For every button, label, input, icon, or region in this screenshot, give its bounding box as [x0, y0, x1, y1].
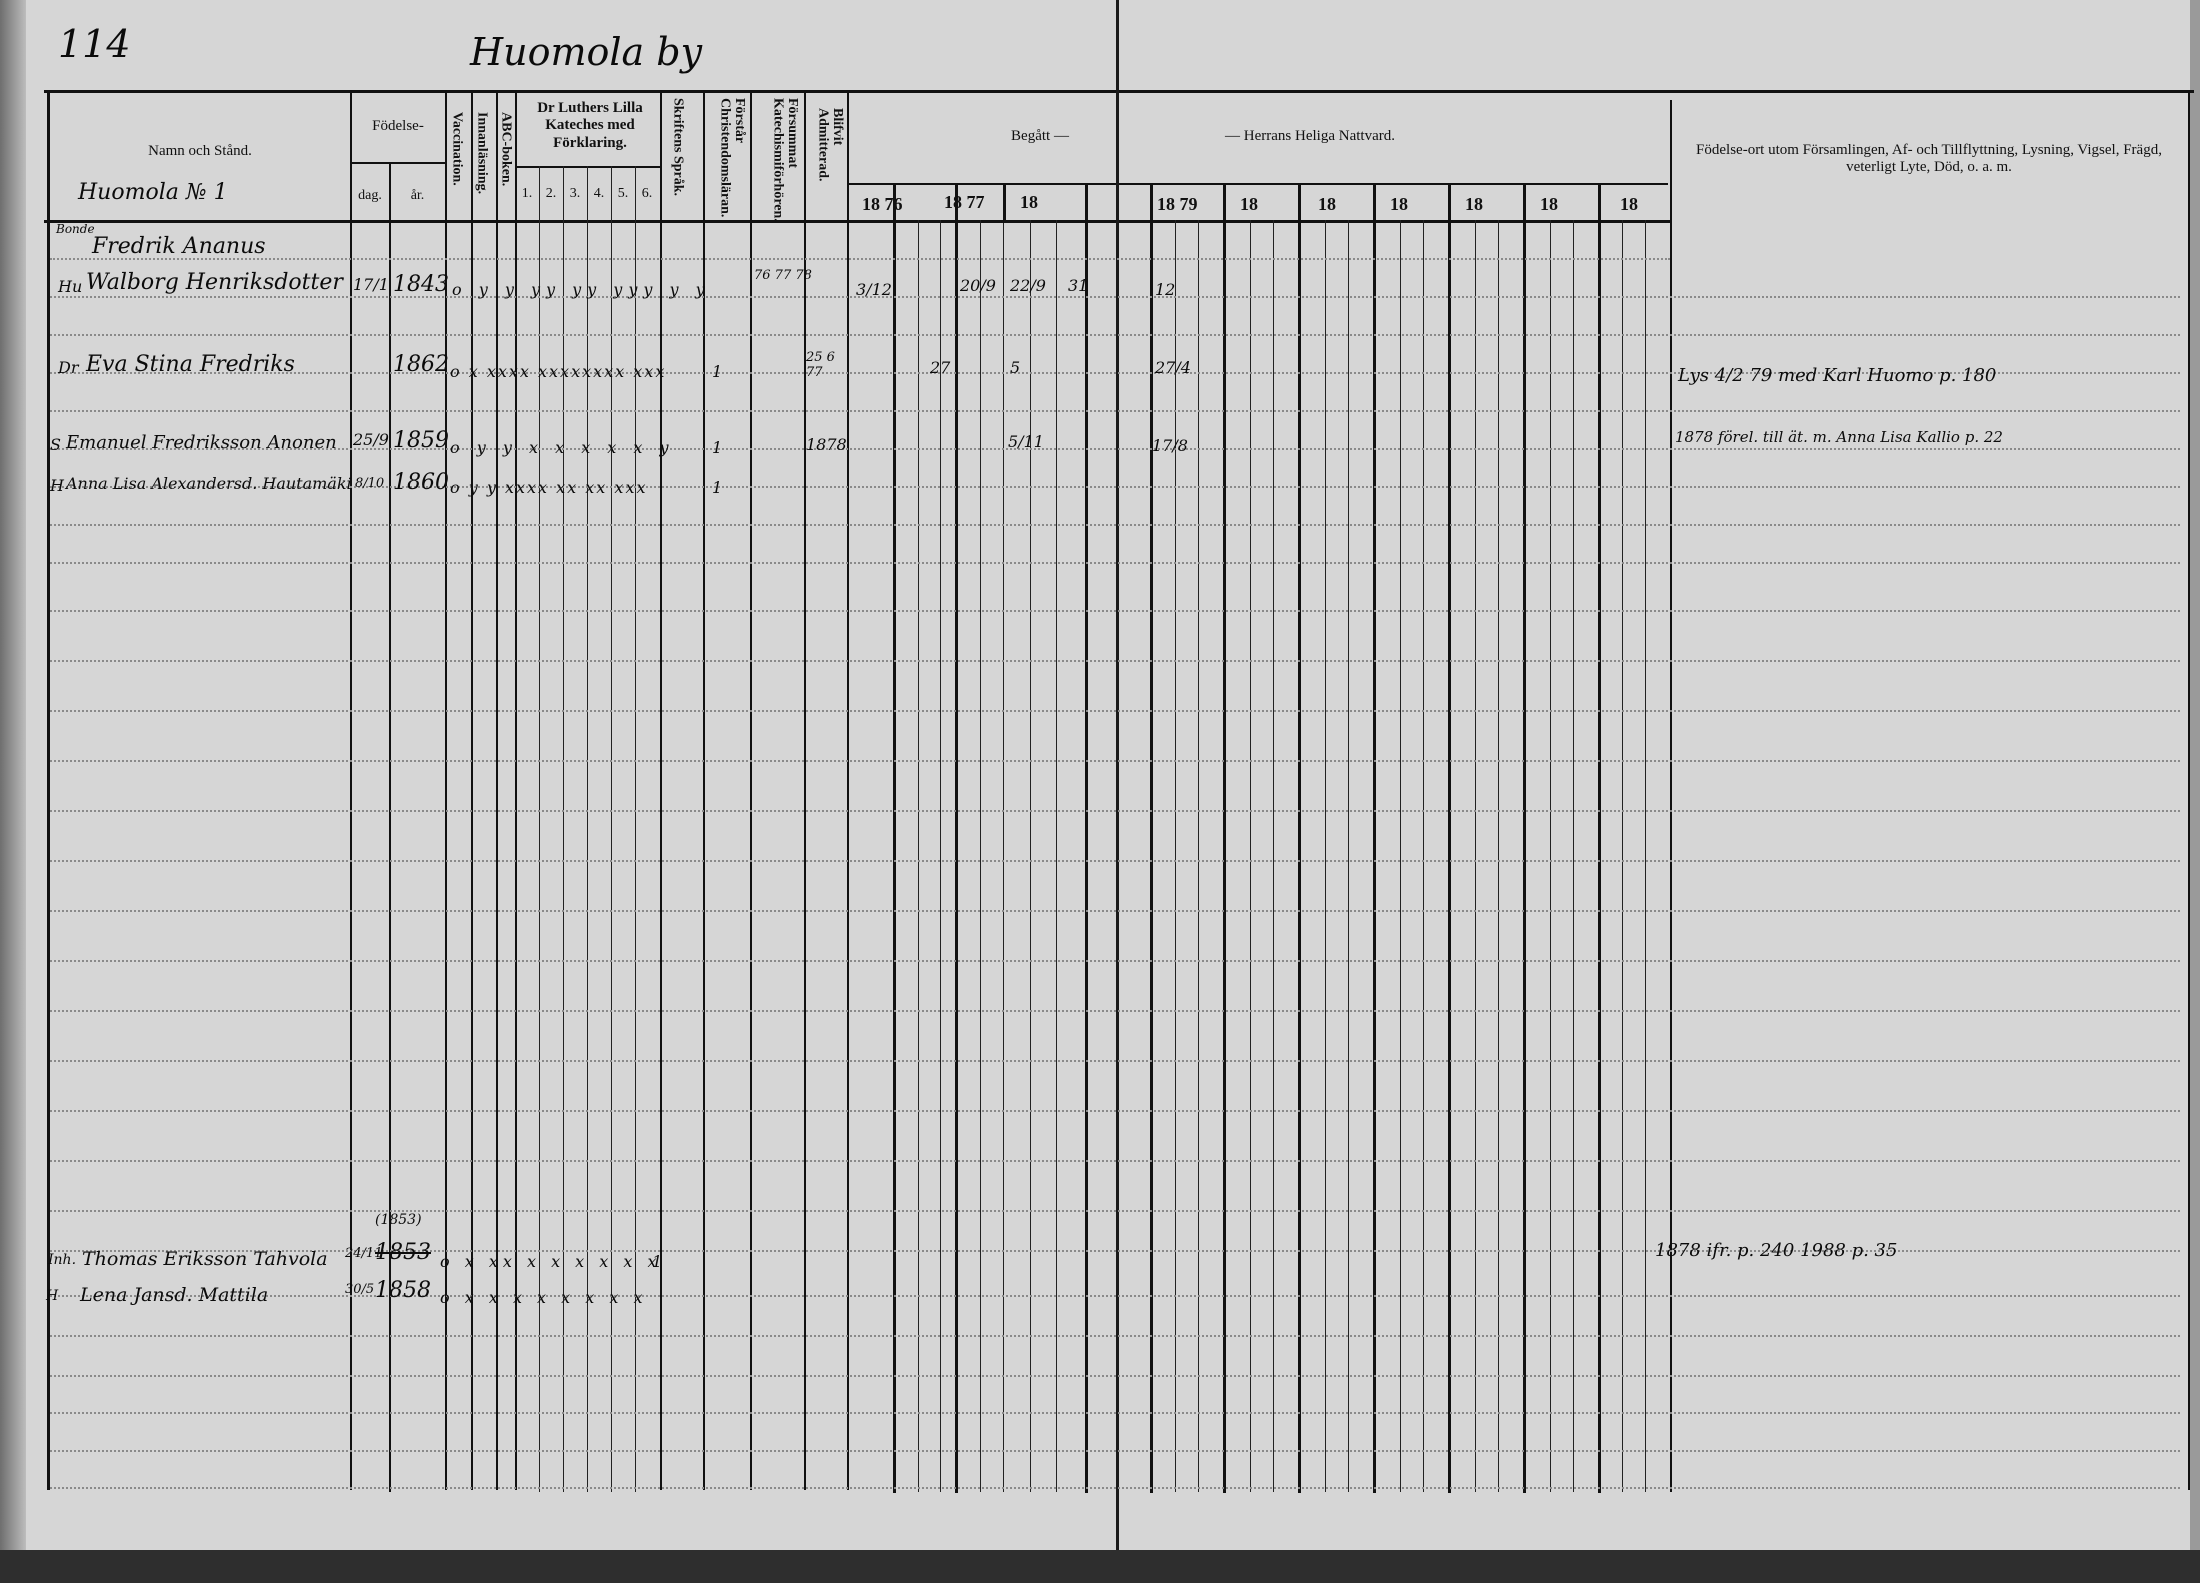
row-scripture: 1 [712, 478, 722, 497]
row-line [50, 1335, 2180, 1337]
row-communion-1878: 5/11 [1008, 432, 1044, 451]
row-marks: o x xx x x x x x x [440, 1252, 662, 1271]
col-divider [350, 90, 352, 1490]
header-luther-1: 1. [515, 186, 539, 202]
row-line [50, 1375, 2180, 1377]
row-birth-year: 1858 [375, 1278, 431, 1303]
book-fold [1116, 0, 1119, 1550]
header-communion-left: Begått — [980, 128, 1100, 145]
header-birth-day: dag. [350, 188, 390, 204]
row-line [50, 1060, 2180, 1062]
row-line [50, 410, 2180, 412]
row-line [50, 810, 2180, 812]
row-communion-1878: 22/9 [1010, 276, 1046, 295]
year-blank-3: 18 [1318, 194, 1336, 215]
row-notes: 1878 förel. till ät. m. Anna Lisa Kallio… [1675, 428, 2003, 446]
year-1879: 18 79 [1157, 194, 1198, 215]
row-communion-1879: 12 [1155, 280, 1175, 299]
col-divider [703, 90, 705, 1490]
header-luther: Dr Luthers Lilla Katechеs med Förklaring… [520, 100, 660, 152]
row-scripture: 1 [652, 1252, 662, 1271]
row-prefix: Dr [58, 358, 78, 377]
header-luther-6: 6. [635, 186, 659, 202]
row-admitted: 1878 [806, 435, 847, 454]
left-border [47, 90, 50, 1490]
row-birth-year: 1860 [393, 470, 449, 495]
header-birth: Födelse- [350, 118, 446, 135]
row-line [50, 710, 2180, 712]
col-divider [471, 90, 473, 1490]
row-communion-1876: 3/12 [856, 280, 892, 299]
years-subrule [848, 183, 1668, 185]
col-divider [445, 90, 447, 1490]
row-name: Fredrik Ananus [92, 234, 266, 259]
col-divider [847, 90, 849, 1490]
year-1877: 18 77 [944, 192, 985, 213]
row-prefix: H [50, 476, 64, 495]
row-scripture: 1 [712, 362, 722, 381]
row-communion-1878: 5 [1010, 358, 1020, 377]
year-blank-6: 18 [1540, 194, 1558, 215]
year-blank-7: 18 [1620, 194, 1638, 215]
row-prefix: Bonde [56, 222, 95, 236]
header-vaccination: Vaccination. [449, 112, 464, 186]
year-1876: 18 76 [862, 194, 903, 215]
book-spine [0, 0, 26, 1550]
row-name: Walborg Henriksdotter [86, 270, 343, 295]
header-birth-year: år. [390, 188, 445, 204]
village-title: Huomola by [470, 30, 702, 74]
header-top-rule [44, 90, 2194, 93]
header-bottom-rule [44, 220, 1670, 223]
page-edge [2190, 0, 2200, 1550]
row-line [50, 960, 2180, 962]
register-page: 114 Huomola by [0, 0, 2200, 1550]
row-birth-year: 1843 [393, 272, 449, 297]
year-blank-4: 18 [1390, 194, 1408, 215]
header-notes: Födelse-ort utom Församlingen, Af- och T… [1674, 142, 2184, 177]
col-divider [804, 90, 806, 1490]
row-marks: o x x x x x x x x [440, 1288, 648, 1307]
row-name: Eva Stina Fredriks [86, 352, 295, 377]
row-line [50, 562, 2180, 564]
row-name: Thomas Eriksson Tahvola [82, 1248, 328, 1270]
row-line [50, 1450, 2180, 1452]
row-birth-day: 8/10 [355, 476, 384, 491]
scan-background [0, 1550, 2200, 1583]
row-line [50, 524, 2180, 526]
col-divider [496, 90, 498, 1490]
row-prefix: S [50, 435, 61, 454]
row-line [50, 1160, 2180, 1162]
row-line [50, 610, 2180, 612]
row-notes: 1878 ifr. p. 240 1988 p. 35 [1655, 1240, 1897, 1261]
row-marks: o y y x x x x x y [450, 438, 675, 457]
row-marks: o y y yy yy yyy y y [452, 280, 711, 299]
farm-title: Huomola № 1 [78, 180, 228, 205]
row-name: Anna Lisa Alexandersd. Hautamäki [66, 474, 352, 493]
header-luther-3: 3. [563, 186, 587, 202]
notes-divider [1670, 100, 1672, 1492]
row-name: Emanuel Fredriksson Anonen [66, 432, 337, 453]
row-notes: Lys 4/2 79 med Karl Huomo p. 180 [1678, 365, 1996, 386]
row-line [50, 1210, 2180, 1212]
row-line [50, 1487, 2180, 1489]
row-line [50, 258, 1670, 260]
header-reading: Innanläsning. [474, 112, 489, 194]
col-divider [515, 90, 517, 1490]
row-prefix: Inh. [48, 1252, 76, 1268]
row-birth-day: 17/1 [353, 275, 389, 294]
row-missed: 76 77 78 [754, 268, 812, 283]
row-communion-1879: 27/4 [1155, 358, 1191, 377]
row-prefix: Hu [58, 277, 82, 296]
header-abc: ABC-boken. [498, 112, 513, 186]
row-prefix: H [46, 1288, 58, 1304]
birth-subrule [350, 162, 446, 164]
row-admitted: 25 6 77 [806, 350, 848, 380]
year-blank-5: 18 [1465, 194, 1483, 215]
header-name: Namn och Stånd. [50, 143, 350, 160]
row-birth-year-alt: (1853) [375, 1212, 422, 1228]
row-line [50, 334, 2180, 336]
col-divider [750, 90, 752, 1490]
row-communion-1877: 20/9 [960, 276, 996, 295]
col-divider [1003, 183, 1006, 223]
header-understands: Förstår Christendomsläran. [710, 98, 746, 218]
row-birth-day: 30/5 [345, 1282, 374, 1297]
row-birth-year: 1853 [375, 1240, 431, 1265]
row-scripture: 1 [712, 438, 722, 457]
year-blank-2: 18 [1240, 194, 1258, 215]
row-name: Lena Jansd. Mattila [80, 1284, 268, 1306]
header-communion-right: — Herrans Heliga Nattvard. [1180, 128, 1440, 145]
header-scripture: Skriftens Språk. [670, 98, 685, 196]
row-birth-year: 1862 [393, 352, 449, 377]
col-divider [660, 90, 662, 1490]
header-luther-2: 2. [539, 186, 563, 202]
row-line [50, 860, 2180, 862]
header-missed: Försummat Katechismiförhören. [757, 98, 799, 218]
row-birth-year: 1859 [393, 428, 449, 453]
row-line [50, 1010, 2180, 1012]
header-luther-5: 5. [611, 186, 635, 202]
row-communion-1879: 17/8 [1152, 436, 1188, 455]
header-admitted: Blifvit Admitterad. [812, 108, 844, 188]
row-line [50, 296, 2180, 298]
row-communion-1878b: 31 [1068, 276, 1088, 295]
row-line [50, 760, 2180, 762]
row-marks: o x xxxx xxxxxxxx xxx [450, 362, 666, 381]
row-birth-day: 25/9 [353, 430, 389, 449]
row-communion-1877: 27 [930, 358, 950, 377]
row-line [50, 1110, 2180, 1112]
row-line [50, 910, 2180, 912]
row-line [50, 1412, 2180, 1414]
page-number: 114 [58, 22, 131, 66]
row-marks: o y y xxxx xx xx xxx [450, 478, 647, 497]
right-border [2188, 90, 2190, 1490]
row-line [50, 660, 2180, 662]
year-blank-1: 18 [1020, 192, 1038, 213]
header-luther-4: 4. [587, 186, 611, 202]
